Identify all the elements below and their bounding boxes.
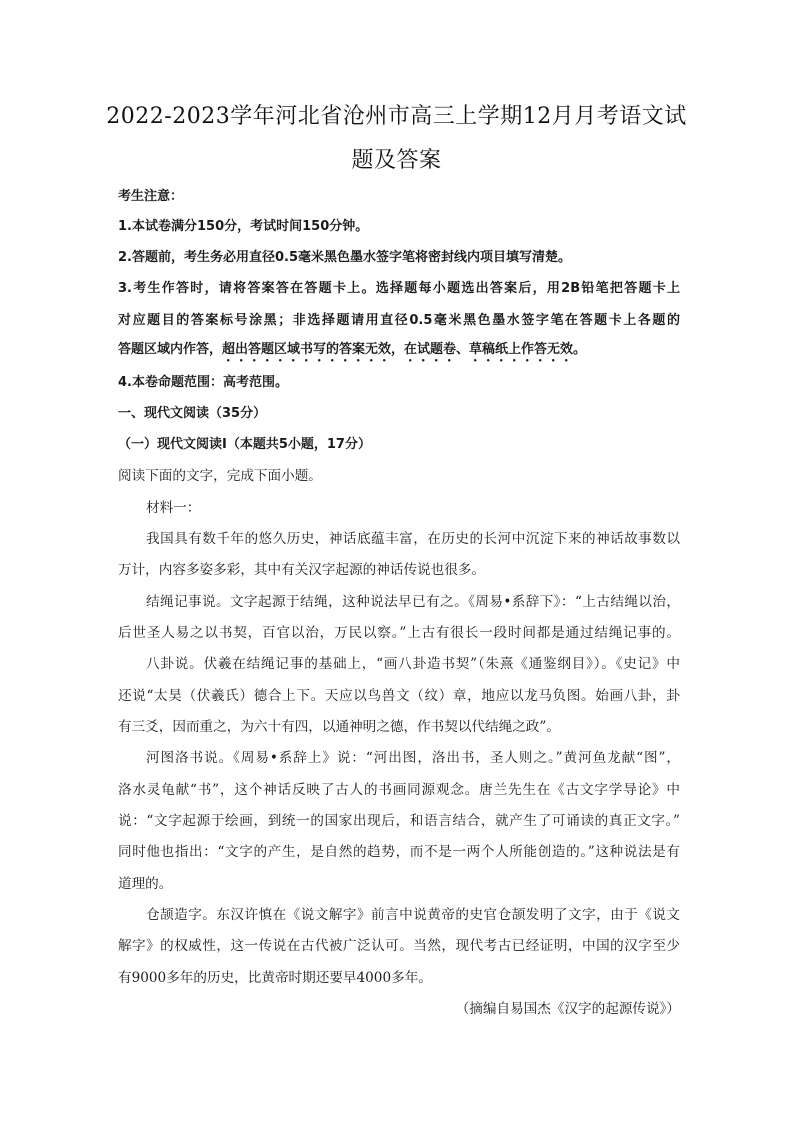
paragraph-line: 后世圣人易之以书契，百官以治，万民以察。”上古有很长一段时间都是通过结绳记事的。 <box>118 624 680 642</box>
notice-item-1: 1.本试卷满分150分，考试时间150分钟。 <box>118 218 680 236</box>
section-heading: 一、现代文阅读（35分） <box>118 405 680 423</box>
paragraph-line: 说：“文字起源于绘画，到统一的国家出现后，和语言结合，就产生了可诵读的真正文字。… <box>118 812 680 830</box>
notice-item-3: 3.考生作答时，请将答案答在答题卡上。选择题每小题选出答案后，用2B铅笔把答题卡… <box>118 280 680 298</box>
paragraph-line: 有三爻，因而重之，为六十有四，以通神明之德，作书契以代结绳之政”。 <box>118 718 680 736</box>
notice-period: 。 <box>573 342 586 357</box>
instruction-text: 阅读下面的文字，完成下面小题。 <box>118 467 680 485</box>
paragraph-line: 解字》的权威性，这一传说在古代被广泛认可。当然，现代考古已经证明，中国的汉字至少 <box>118 937 680 955</box>
notice-text: 答题区域内作答， <box>118 342 222 357</box>
paragraph-line: 道理的。 <box>118 875 680 893</box>
paragraph-line: 八卦说。伏羲在结绳记事的基础上，“画八卦造书契”（朱熹《通鉴纲目》）。《史记》中 <box>146 655 680 673</box>
paragraph-line: 万计，内容多姿多彩，其中有关汉字起源的神话传说也很多。 <box>118 561 680 579</box>
paragraph-line: 同时他也指出：“文字的产生，是自然的趋势，而不是一两个人所能创造的。”这种说法是… <box>118 843 680 861</box>
source-citation: （摘编自易国杰《汉字的起源传说》） <box>118 1000 680 1018</box>
paragraph-line: 仓颉造字。东汉许慎在《说文解字》前言中说黄帝的史官仓颉发明了文字，由于《说文 <box>146 906 680 924</box>
paragraph-line: 还说“太昊（伏羲氏）德合上下。天应以鸟兽文（纹）章，地应以龙马负图。始画八卦，卦 <box>118 687 680 705</box>
notice-heading: 考生注意： <box>118 188 680 206</box>
paragraph-line: 我国具有数千年的悠久历史，神话底蕴丰富，在历史的长河中沉淀下来的神话故事数以 <box>146 530 680 548</box>
paragraph-line: 有9000多年的历史，比黄帝时期还要早4000多年。 <box>118 969 680 987</box>
notice-item-3-end: 答题区域内作答，超出答题区域书写的答案无效，在试题卷、草稿纸上作答无效。 <box>118 341 680 365</box>
notice-item-3-cont: 对应题目的答案标号涂黑；非选择题请用直径0.5毫米黑色墨水签字笔在答题卡上各题的 <box>118 312 680 330</box>
subsection-heading: （一）现代文阅读Ⅰ（本题共5小题，17分） <box>118 436 680 454</box>
notice-item-2: 2.答题前，考生务必用直径0.5毫米黑色墨水签字笔将密封线内项目填写清楚。 <box>118 249 680 267</box>
emphasized-warning: 超出答题区域书写的答案无效，在试题卷、草稿纸上作答无效 <box>222 342 573 357</box>
material-label: 材料一： <box>146 499 680 517</box>
notice-item-4: 4.本卷命题范围：高考范围。 <box>118 374 680 392</box>
document-title: 2022-2023学年河北省沧州市高三上学期12月月考语文试 <box>0 102 793 132</box>
document-title-continued: 题及答案 <box>0 146 793 176</box>
paragraph-line: 洛水灵龟献“书”，这个神话反映了古人的书画同源观念。唐兰先生在《古文字学导论》中 <box>118 781 680 799</box>
paragraph-line: 河图洛书说。《周易•系辞上》说：“河出图，洛出书，圣人则之。”黄河鱼龙献“图”， <box>146 749 680 767</box>
paragraph-line: 结绳记事说。文字起源于结绳，这种说法早已有之。《周易•系辞下》：“上古结绳以治， <box>146 593 680 611</box>
